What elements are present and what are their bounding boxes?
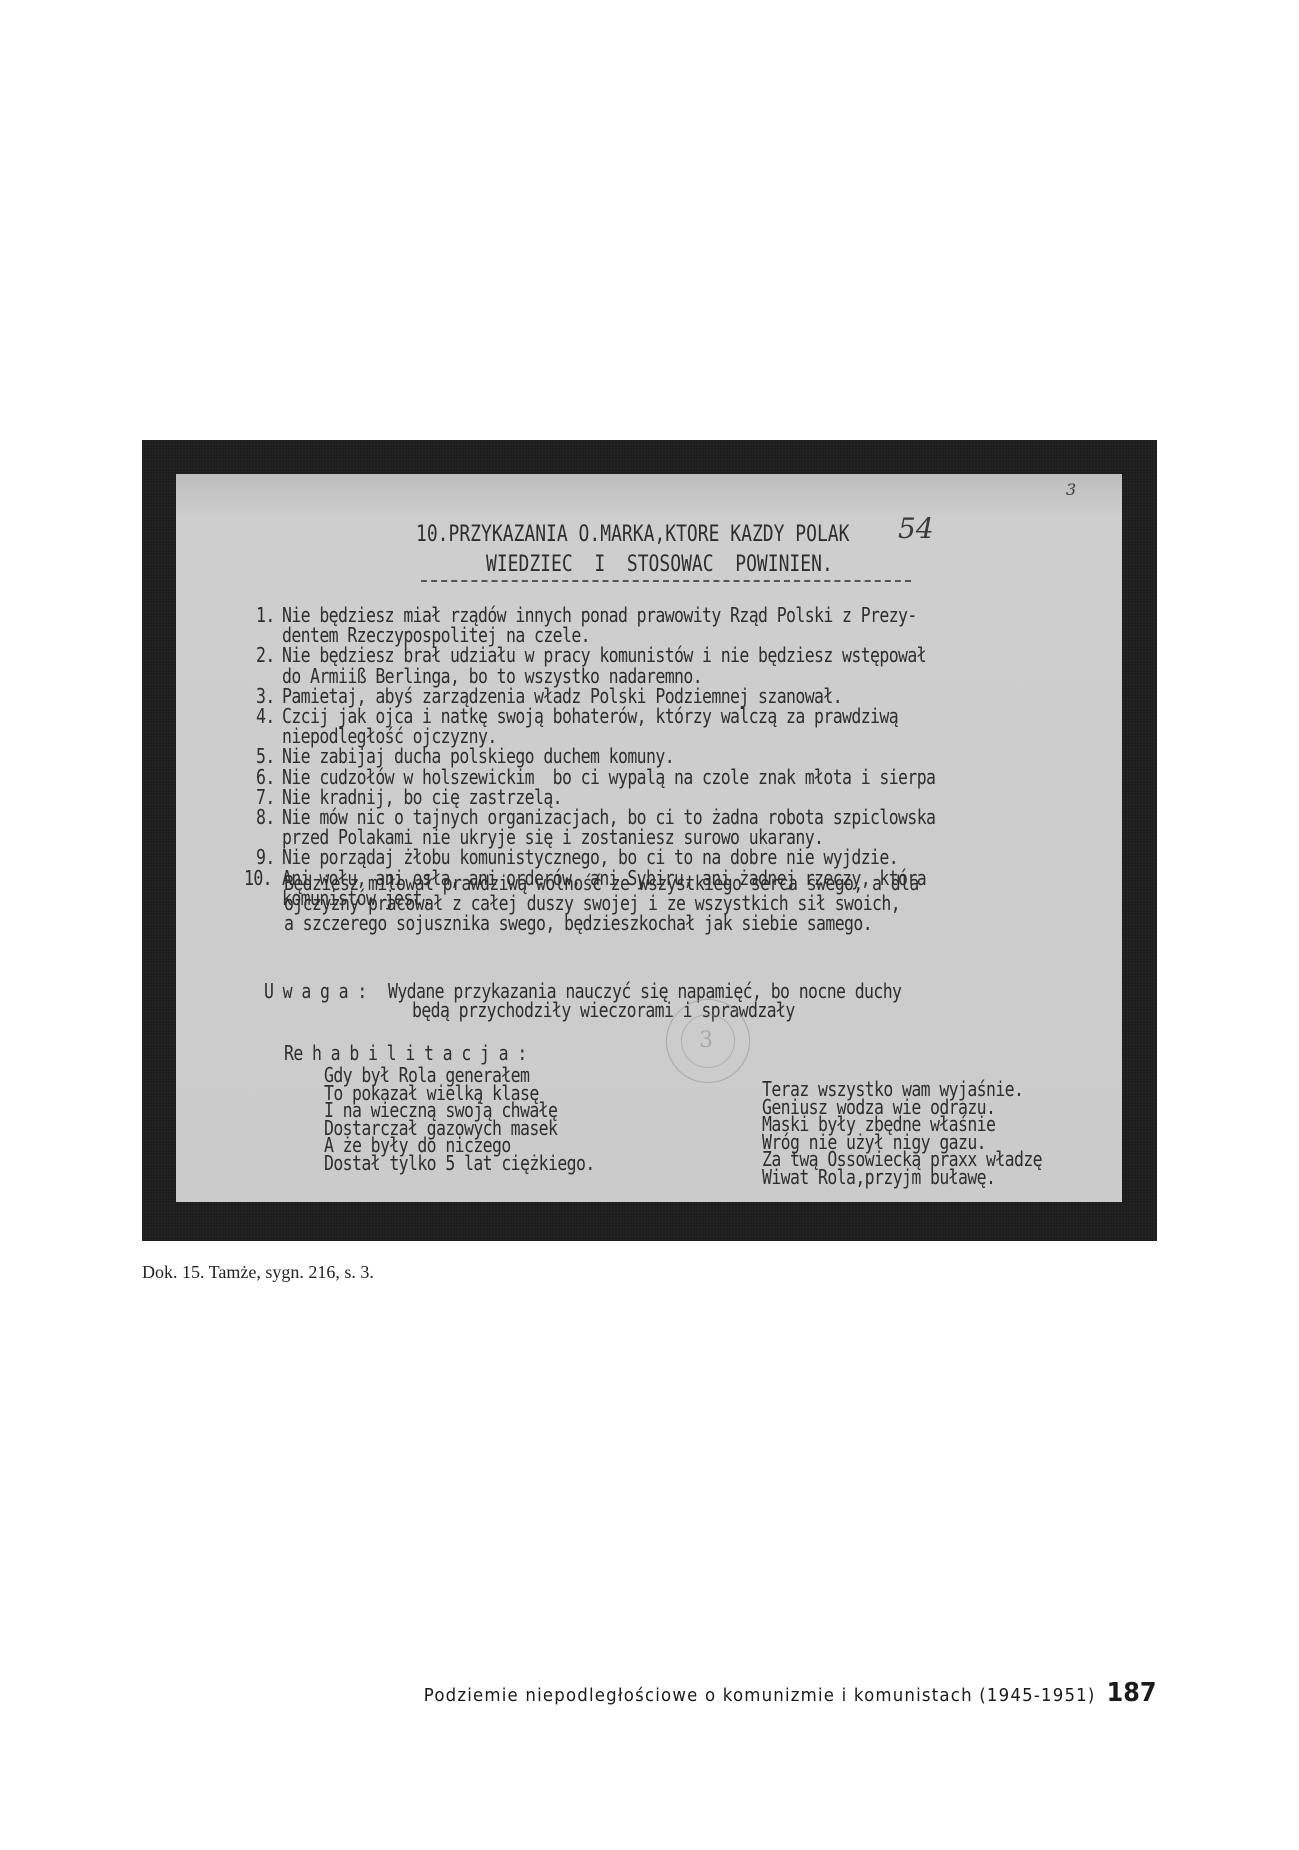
commandment-number: 4. — [256, 707, 275, 727]
commandment-number: 8. — [256, 808, 275, 828]
note-label: U w a g a : — [264, 982, 367, 1002]
commandment-number: 10. — [244, 869, 272, 889]
commandment-number: 2. — [256, 646, 275, 666]
commandment-number: 5. — [256, 747, 275, 767]
page-number: 187 — [1107, 1678, 1157, 1708]
document-title-line-2: WIEDZIEC I STOSOWAC POWINIEN. — [486, 554, 833, 576]
document-title-line-1: 10.PRZYKAZANIA O.MARKA,KTORE KAZDY POLAK — [416, 524, 849, 546]
rehabilitation-label: Re h a b i l i t a c j a : — [284, 1044, 527, 1064]
figure-caption: Dok. 15. Tamże, sygn. 216, s. 3. — [142, 1262, 374, 1283]
handwritten-page-number: 3 — [1066, 480, 1076, 499]
commandment-number: 1. — [256, 606, 275, 626]
archival-document-photo: 10.PRZYKAZANIA O.MARKA,KTORE KAZDY POLAK… — [142, 440, 1157, 1241]
round-stamp: 3 — [666, 999, 750, 1083]
commandment-number: 9. — [256, 848, 275, 868]
handwritten-number: 54 — [898, 512, 934, 545]
page-footer: Podziemie niepodległościowe o komunizmie… — [424, 1678, 1157, 1708]
poem-line: Wiwat Rola,przyjm buławę. — [762, 1168, 995, 1188]
poem-line: Dostał tylko 5 lat ciężkiego. — [324, 1154, 595, 1174]
commandment-line: Nie porządaj żłobu komunistycznego, bo c… — [282, 848, 898, 868]
closing-line: a szczerego sojusznika swego, będzieszko… — [284, 914, 872, 934]
running-title: Podziemie niepodległościowe o komunizmie… — [424, 1685, 1096, 1706]
typewritten-page: 10.PRZYKAZANIA O.MARKA,KTORE KAZDY POLAK… — [176, 474, 1122, 1202]
commandment-line: Nie zabijaj ducha polskiego duchem komun… — [282, 747, 674, 767]
commandment-line: Nie będziesz brał udziału w pracy komuni… — [282, 646, 926, 666]
title-underline — [421, 580, 911, 582]
stamp-digit: 3 — [699, 1028, 713, 1053]
